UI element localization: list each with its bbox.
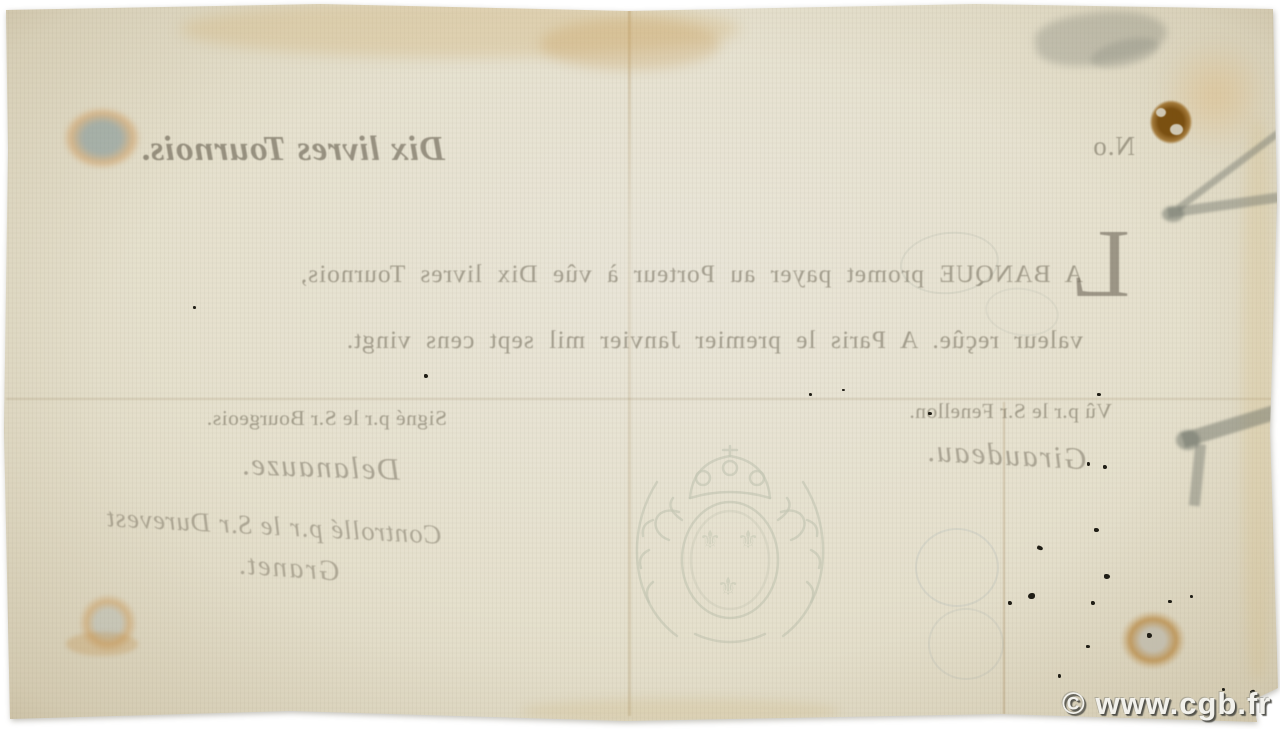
promise-text-line-1: A BANQUE promet payer au Porteur à vûe D… [300, 259, 1083, 289]
ink-speck [1058, 674, 1061, 678]
ink-speck [1091, 601, 1095, 605]
granet-signature: Granet. [236, 548, 341, 588]
ink-speck [1103, 465, 1107, 469]
ink-speck [809, 393, 812, 396]
vu-attestation-line: Vû p.r le S.r Fenellon. [909, 399, 1112, 424]
ink-speck [1190, 595, 1193, 598]
ink-speck [1008, 601, 1012, 605]
ink-speck [1094, 528, 1099, 532]
ink-speck [1086, 645, 1090, 648]
denomination-title: Dix livres Tournois. [139, 129, 445, 169]
serial-number-label: N.o [1092, 131, 1135, 162]
delanauze-signature: Delanauze. [239, 446, 401, 488]
show-through-text-layer: N.o Dix livres Tournois. L A BANQUE prom… [0, 0, 1280, 729]
pencil-stroke-tip [1162, 206, 1184, 222]
controle-attestation-line: Controllé p.r le S.r Durevest [105, 502, 442, 551]
paper-shadow-wrap: ⚜ ⚜ ⚜ N.o Dix livres Tournois. L A BANQU… [0, 0, 1280, 729]
giraudeau-signature: Giraudeau. [924, 433, 1088, 477]
banknote-paper: ⚜ ⚜ ⚜ N.o Dix livres Tournois. L A BANQU… [0, 0, 1280, 729]
cgb-photo-credit: © www.cgb.fr [1062, 686, 1271, 722]
ink-speck [928, 412, 932, 415]
ink-speck [193, 306, 196, 309]
ink-speck [1168, 600, 1172, 603]
ink-speck [1104, 574, 1110, 579]
signe-attestation-line: Signé p.r le S.r Bourgeois. [206, 406, 447, 431]
ink-speck [424, 374, 428, 378]
ink-speck [1147, 633, 1152, 638]
ink-speck [1087, 462, 1090, 466]
ink-speck [1028, 593, 1035, 599]
ink-speck [842, 389, 845, 391]
promise-text-line-2: valeur reçûe. A Paris le premier Janvier… [346, 325, 1083, 355]
ink-speck [1097, 393, 1101, 396]
banknote-photo: ⚜ ⚜ ⚜ N.o Dix livres Tournois. L A BANQU… [0, 0, 1280, 729]
